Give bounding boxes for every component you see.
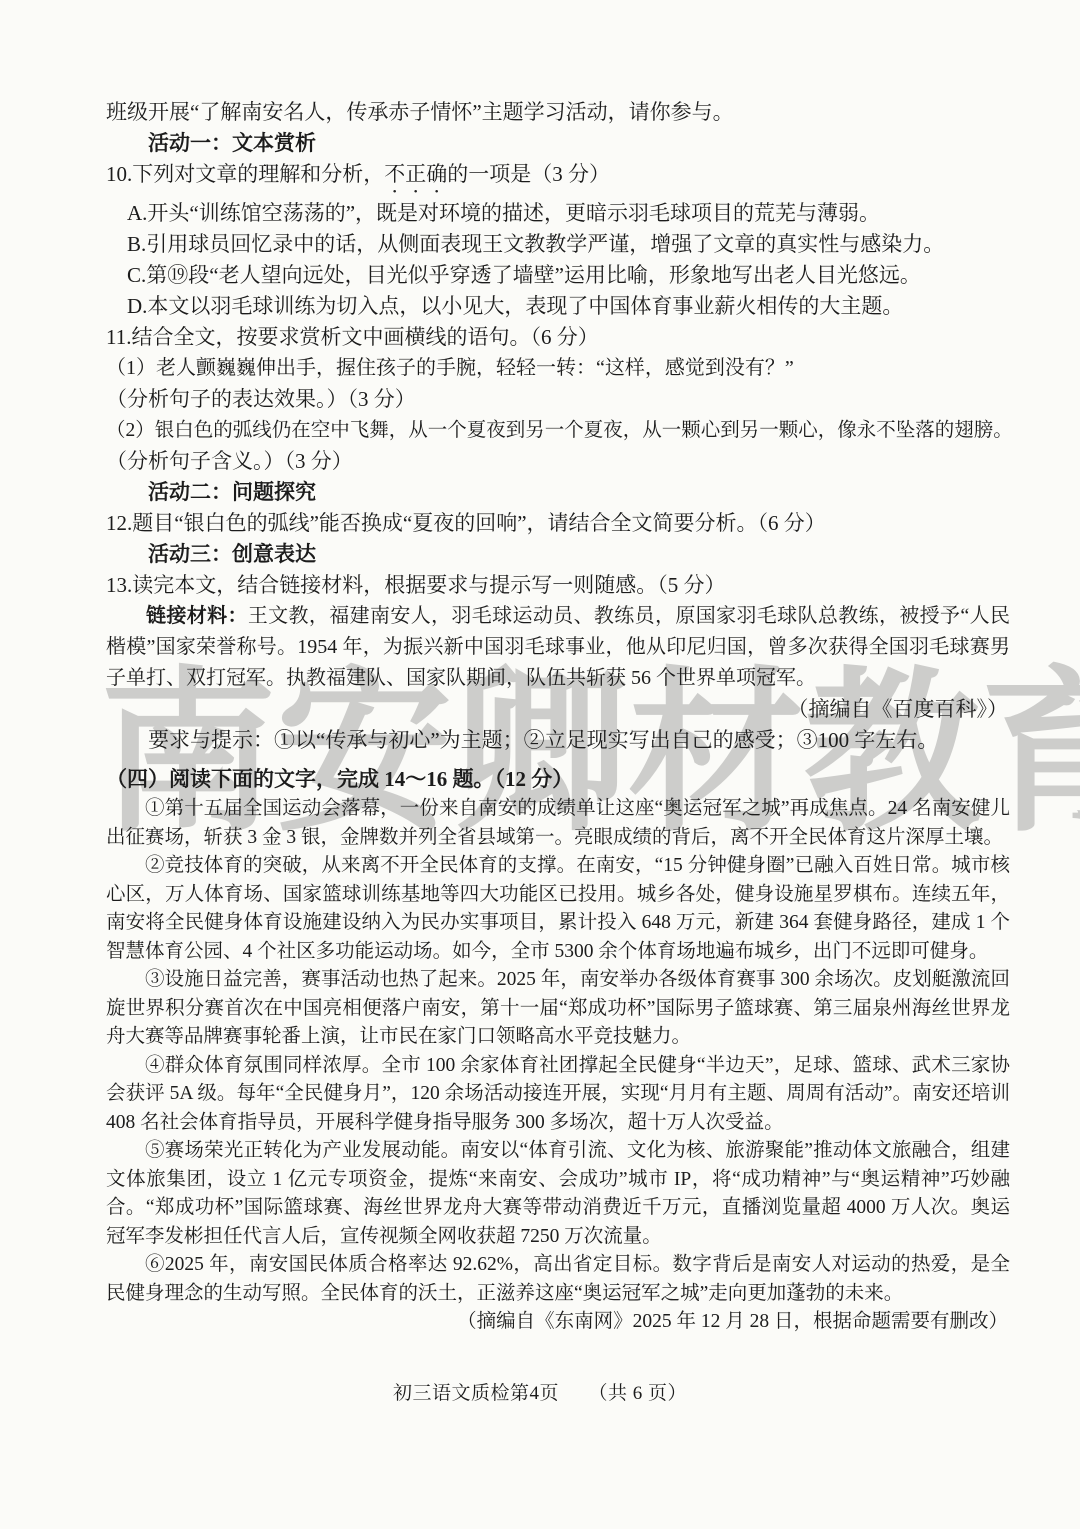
q10-stem: 10.下列对文章的理解和分析，不正确的一项是（3 分） [106,159,1010,198]
page-footer: 初三语文质检第4页 （共 6 页） [0,1378,1080,1405]
link-material-source: （摘编自《百度百科》） [106,694,1010,725]
section4-heading: （四）阅读下面的文字，完成 14～16 题。（12 分） [106,764,1010,795]
link-material-label: 链接材料： [146,605,248,627]
q10-option-d: D.本文以羽毛球训练为切入点，以小见大，表现了中国体育事业薪火相传的大主题。 [106,291,1010,322]
q11-part1-sentence: （1）老人颤巍巍伸出手，握住孩子的手腕，轻轻一转：“这样，感觉到没有？” [106,353,1010,384]
intro-line: 班级开展“了解南安名人，传承赤子情怀”主题学习活动，请你参与。 [106,97,1010,128]
q10-stem-emphasis: 不正确 [384,162,447,186]
question-area: 班级开展“了解南安名人，传承赤子情怀”主题学习活动，请你参与。 活动一：文本赏析… [106,97,1010,756]
q10-stem-prefix: 10.下列对文章的理解和分析， [106,162,384,186]
activity2-title: 活动二：问题探究 [106,477,1010,508]
reading-passage-section4: （四）阅读下面的文字，完成 14～16 题。（12 分） ①第十五届全国运动会落… [106,764,1010,1337]
passage-paragraph-6: ⑥2025 年，南安国民体质合格率达 92.62%，高出省定目标。数字背后是南安… [106,1251,1010,1308]
q11-part2-sentence: （2）银白色的弧线仍在空中飞舞，从一个夏夜到另一个夏夜，从一颗心到另一颗心，像永… [106,415,1010,446]
passage-source: （摘编自《东南网》2025 年 12 月 28 日，根据命题需要有删改） [106,1308,1010,1337]
passage-paragraph-3: ③设施日益完善，赛事活动也热了起来。2025 年，南安举办各级体育赛事 300 … [106,966,1010,1052]
link-material: 链接材料：王文教，福建南安人，羽毛球运动员、教练员，原国家羽毛球队总教练，被授予… [106,601,1010,694]
q11-part1-note: （分析句子的表达效果。）（3 分） [106,384,1010,415]
q13-requirements: 要求与提示：①以“传承与初心”为主题；②立足现实写出自己的感受；③100 字左右… [106,725,1010,756]
passage-paragraph-5: ⑤赛场荣光正转化为产业发展动能。南安以“体育引流、文化为核、旅游聚能”推动体文旅… [106,1137,1010,1251]
exam-sheet: 班级开展“了解南安名人，传承赤子情怀”主题学习活动，请你参与。 活动一：文本赏析… [0,0,1080,1529]
activity1-title: 活动一：文本赏析 [106,128,1010,159]
exam-page-scan: { "page": { "watermark": { "chars": ["南"… [0,0,1080,1529]
q10-stem-suffix: 的一项是（3 分） [447,162,610,186]
q10-option-b: B.引用球员回忆录中的话，从侧面表现王文教教学严谨，增强了文章的真实性与感染力。 [106,229,1010,260]
q11-part2-note: （分析句子含义。）（3 分） [106,446,1010,477]
passage-paragraph-1: ①第十五届全国运动会落幕，一份来自南安的成绩单让这座“奥运冠军之城”再成焦点。2… [106,795,1010,852]
activity3-title: 活动三：创意表达 [106,539,1010,570]
q13-stem: 13.读完本文，结合链接材料，根据要求与提示写一则随感。（5 分） [106,570,1010,601]
q12-stem: 12.题目“银白色的弧线”能否换成“夏夜的回响”，请结合全文简要分析。（6 分） [106,508,1010,539]
q11-stem: 11.结合全文，按要求赏析文中画横线的语句。（6 分） [106,322,1010,353]
passage-paragraph-4: ④群众体育氛围同样浓厚。全市 100 余家体育社团撑起全民健身“半边天”，足球、… [106,1052,1010,1138]
q10-option-c: C.第⑲段“老人望向远处，目光似乎穿透了墙壁”运用比喻，形象地写出老人目光悠远。 [106,260,1010,291]
q10-option-a: A.开头“训练馆空荡荡的”，既是对环境的描述，更暗示羽毛球项目的荒芜与薄弱。 [106,198,1010,229]
passage-paragraph-2: ②竞技体育的突破，从来离不开全民体育的支撑。在南安，“15 分钟健身圈”已融入百… [106,852,1010,966]
